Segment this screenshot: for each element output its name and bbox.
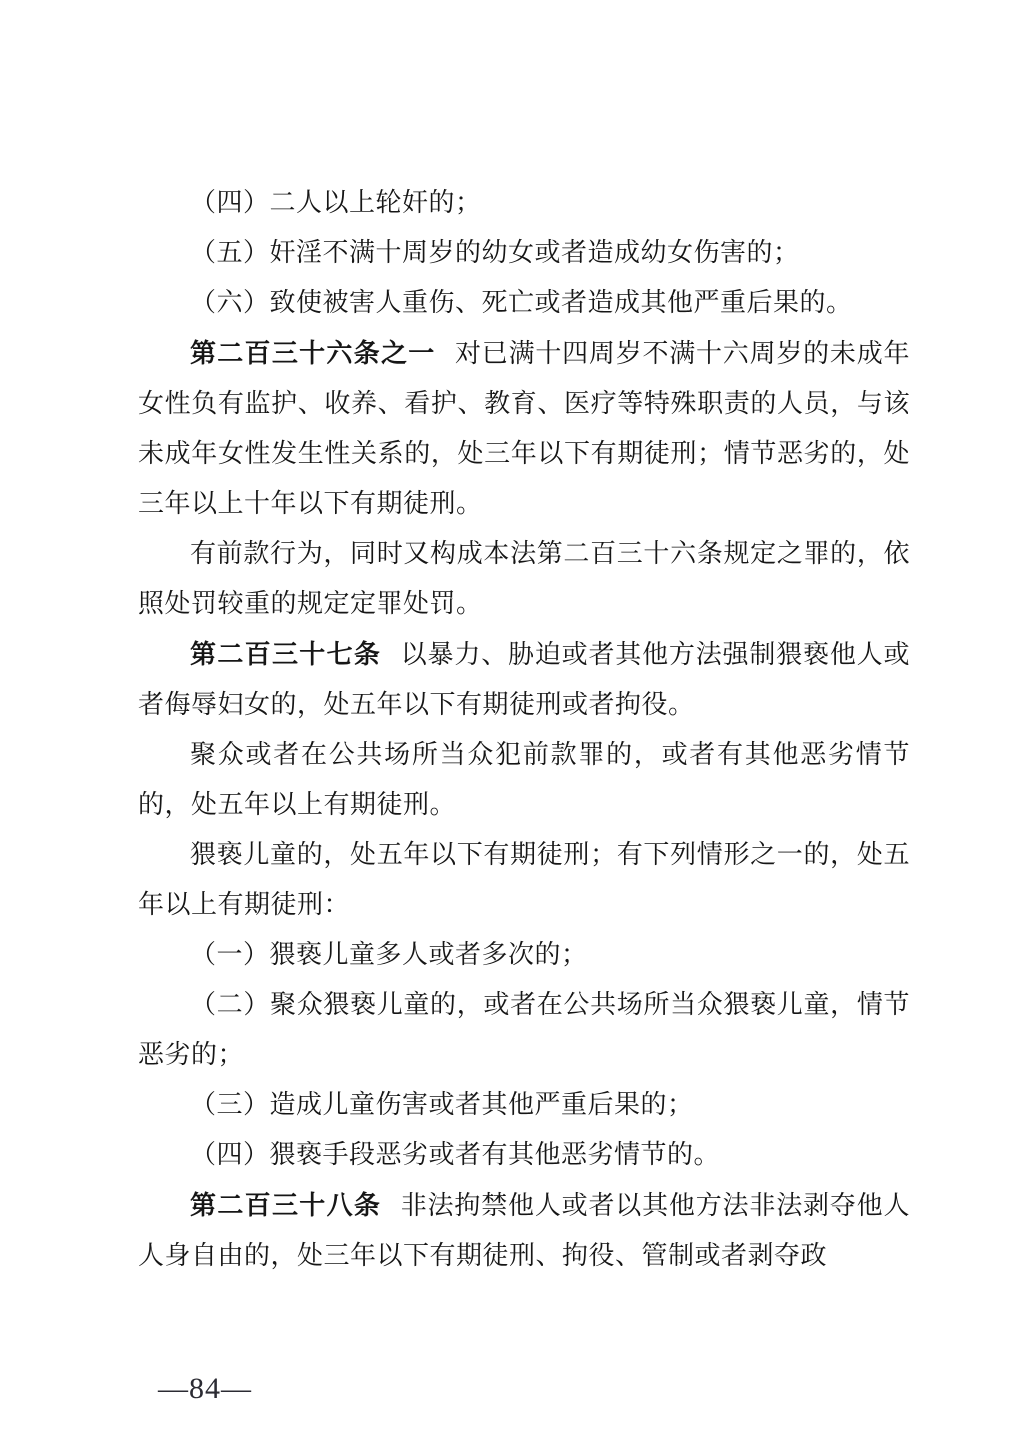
paragraph: （六）致使被害人重伤、死亡或者造成其他严重后果的。 bbox=[138, 278, 910, 328]
text-block: （四）二人以上轮奸的；（五）奸淫不满十周岁的幼女或者造成幼女伤害的；（六）致使被… bbox=[138, 178, 910, 1281]
paragraph-text: （三）造成儿童伤害或者其他严重后果的； bbox=[190, 1090, 694, 1119]
paragraph: 聚众或者在公共场所当众犯前款罪的，或者有其他恶劣情节的，处五年以上有期徒刑。 bbox=[138, 730, 910, 830]
paragraph: 第二百三十六条之一对已满十四周岁不满十六周岁的未成年女性负有监护、收养、看护、教… bbox=[138, 328, 910, 529]
paragraph-text: （四）猥亵手段恶劣或者有其他恶劣情节的。 bbox=[190, 1140, 720, 1169]
article-number: 第二百三十七条 bbox=[190, 639, 381, 669]
paragraph: 第二百三十七条以暴力、胁迫或者其他方法强制猥亵他人或者侮辱妇女的，处五年以下有期… bbox=[138, 629, 910, 730]
paragraph: （四）猥亵手段恶劣或者有其他恶劣情节的。 bbox=[138, 1130, 910, 1180]
article-number: 第二百三十八条 bbox=[190, 1190, 381, 1220]
paragraph-text: 聚众或者在公共场所当众犯前款罪的，或者有其他恶劣情节的，处五年以上有期徒刑。 bbox=[138, 740, 910, 819]
paragraph: 有前款行为，同时又构成本法第二百三十六条规定之罪的，依照处罚较重的规定定罪处罚。 bbox=[138, 529, 910, 629]
paragraph: （三）造成儿童伤害或者其他严重后果的； bbox=[138, 1080, 910, 1130]
paragraph: （二）聚众猥亵儿童的，或者在公共场所当众猥亵儿童，情节恶劣的； bbox=[138, 980, 910, 1080]
paragraph: 猥亵儿童的，处五年以下有期徒刑；有下列情形之一的，处五年以上有期徒刑： bbox=[138, 830, 910, 930]
paragraph-text: （四）二人以上轮奸的； bbox=[190, 188, 482, 217]
paragraph-text: （一）猥亵儿童多人或者多次的； bbox=[190, 940, 588, 969]
document-page: （四）二人以上轮奸的；（五）奸淫不满十周岁的幼女或者造成幼女伤害的；（六）致使被… bbox=[0, 0, 1024, 1448]
paragraph-text: （二）聚众猥亵儿童的，或者在公共场所当众猥亵儿童，情节恶劣的； bbox=[138, 990, 910, 1069]
paragraph: （一）猥亵儿童多人或者多次的； bbox=[138, 930, 910, 980]
page-number: —84— bbox=[158, 1372, 252, 1406]
paragraph-text: 有前款行为，同时又构成本法第二百三十六条规定之罪的，依照处罚较重的规定定罪处罚。 bbox=[138, 539, 910, 618]
paragraph: （四）二人以上轮奸的； bbox=[138, 178, 910, 228]
paragraph-text: （六）致使被害人重伤、死亡或者造成其他严重后果的。 bbox=[190, 288, 853, 317]
paragraph-text: （五）奸淫不满十周岁的幼女或者造成幼女伤害的； bbox=[190, 238, 800, 267]
paragraph-text: 猥亵儿童的，处五年以下有期徒刑；有下列情形之一的，处五年以上有期徒刑： bbox=[138, 840, 910, 919]
paragraph: （五）奸淫不满十周岁的幼女或者造成幼女伤害的； bbox=[138, 228, 910, 278]
article-number: 第二百三十六条之一 bbox=[190, 338, 436, 368]
paragraph: 第二百三十八条非法拘禁他人或者以其他方法非法剥夺他人人身自由的，处三年以下有期徒… bbox=[138, 1180, 910, 1281]
